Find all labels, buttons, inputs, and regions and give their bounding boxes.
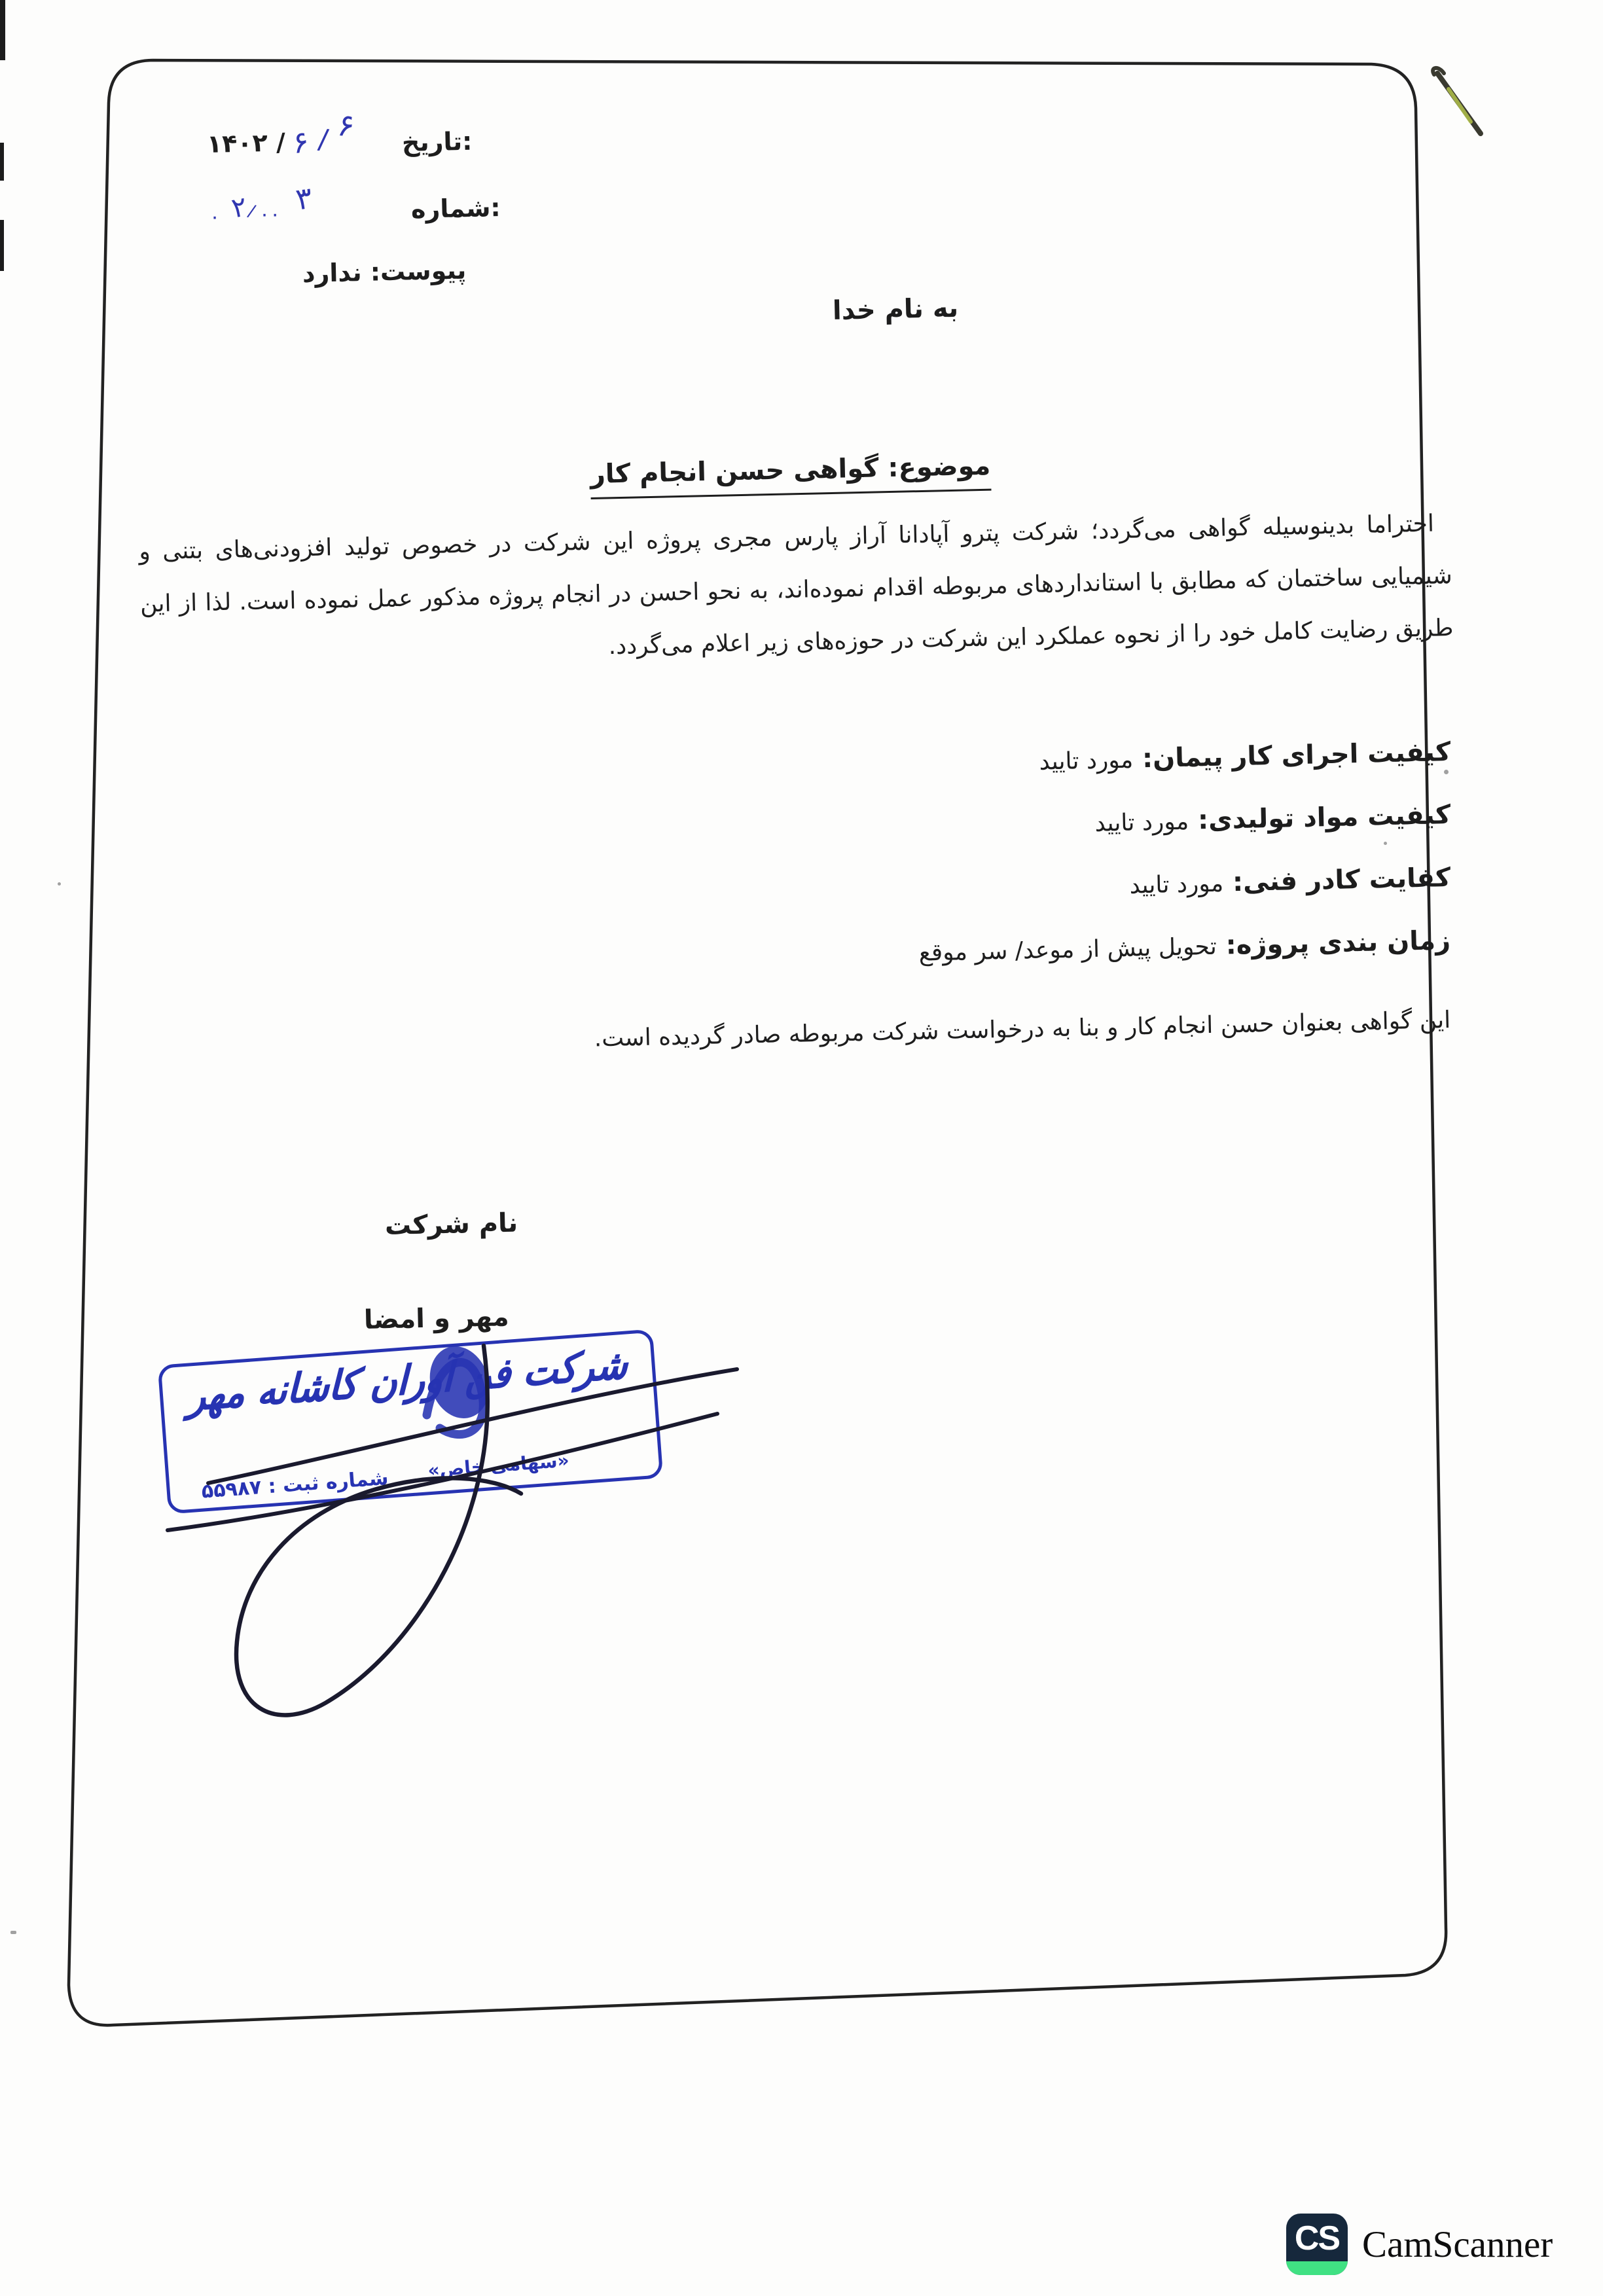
scan-speck — [1384, 842, 1387, 845]
pen-mark-highlight — [1449, 89, 1471, 122]
cs-icon-letters: CS — [1286, 2215, 1348, 2262]
review-item-value: مورد تایید — [1130, 870, 1224, 899]
number-handwritten-part: / — [246, 201, 258, 221]
number-handwritten-part: ۰ — [209, 206, 220, 228]
review-item-label: زمان بندی پروژه: — [1226, 925, 1451, 960]
camscanner-watermark: CS CamScanner — [1286, 2214, 1553, 2275]
review-item-label: کفایت کادر فنی: — [1233, 863, 1451, 897]
review-item-label: کیفیت مواد تولیدی: — [1198, 800, 1451, 835]
pen-mark-hook — [1433, 68, 1444, 75]
review-item: کیفیت مواد تولیدی:مورد تایید — [1094, 800, 1451, 838]
attachment-value: ندارد — [302, 258, 363, 288]
date-year-printed: ۱۴۰۲ / — [207, 128, 286, 158]
company-name-label: نام شرکت — [384, 1208, 518, 1241]
scan-speck — [10, 1931, 16, 1934]
stamp-company-type: «سهامی خاص» — [427, 1449, 569, 1481]
review-item-value: مورد تایید — [1039, 747, 1133, 776]
signature-ink-layer — [0, 0, 1603, 2296]
company-stamp: شرکت فن آوران کاشانه مهر «سهامی خاص» شما… — [158, 1329, 664, 1515]
bismillah: به نام خدا — [832, 293, 958, 326]
date-handwritten-digit: ۶ — [336, 107, 357, 145]
scan-edge-artifact — [0, 220, 4, 271]
scanned-letter-page: تاریخ: ۱۴۰۲ / ۶ / ۶ شماره: ۰ ۲ / ۰۰ ۳ پی… — [0, 0, 1603, 2296]
scan-speck — [1444, 770, 1449, 774]
stamp-company-name: شرکت فن آوران کاشانه مهر — [162, 1339, 652, 1422]
number-label: شماره: — [411, 193, 501, 224]
review-item-value: تحویل پیش از موعد/ سر موقع — [919, 933, 1217, 967]
scan-edge-artifact — [0, 143, 4, 181]
scan-edge-artifact — [0, 0, 5, 60]
page-border-layer — [0, 0, 1603, 2296]
review-item-label: کیفیت اجرای کار پیمان: — [1142, 737, 1451, 774]
review-item: کیفیت اجرای کار پیمان:مورد تایید — [1039, 737, 1451, 776]
stamp-registration-number: شماره ثبت : ۵۵۹۸۷ — [201, 1467, 389, 1503]
number-handwritten-part: ۳ — [293, 180, 314, 217]
body-paragraph: احتراما بدینوسیله گواهی می‌گردد؛ شرکت پت… — [138, 497, 1454, 683]
attachment-label: پیوست: — [370, 256, 466, 287]
review-item: زمان بندی پروژه:تحویل پیش از موعد/ سر مو… — [919, 925, 1451, 967]
scan-speck — [58, 882, 61, 886]
closing-line: این گواهی بعنوان حسن انجام کار و بنا به … — [594, 1007, 1451, 1052]
subject-title: موضوع: گواهی حسن انجام کار — [590, 451, 991, 499]
camscanner-icon: CS — [1286, 2214, 1348, 2275]
seal-signature-label: مهر و امضا — [363, 1302, 509, 1335]
pen-mark-stroke — [1437, 73, 1481, 134]
attachment-line: پیوست: ندارد — [302, 256, 467, 288]
review-item: کفایت کادر فنی:مورد تایید — [1129, 863, 1451, 900]
date-handwritten-separator: / — [317, 122, 331, 155]
number-handwritten-part: ۰۰ — [259, 203, 280, 226]
date-label: تاریخ: — [402, 127, 473, 157]
cs-icon-green-strip — [1286, 2261, 1348, 2275]
review-item-value: مورد تایید — [1094, 808, 1189, 837]
date-handwritten-digit: ۶ — [291, 124, 310, 160]
camscanner-brand-text: CamScanner — [1362, 2223, 1553, 2266]
